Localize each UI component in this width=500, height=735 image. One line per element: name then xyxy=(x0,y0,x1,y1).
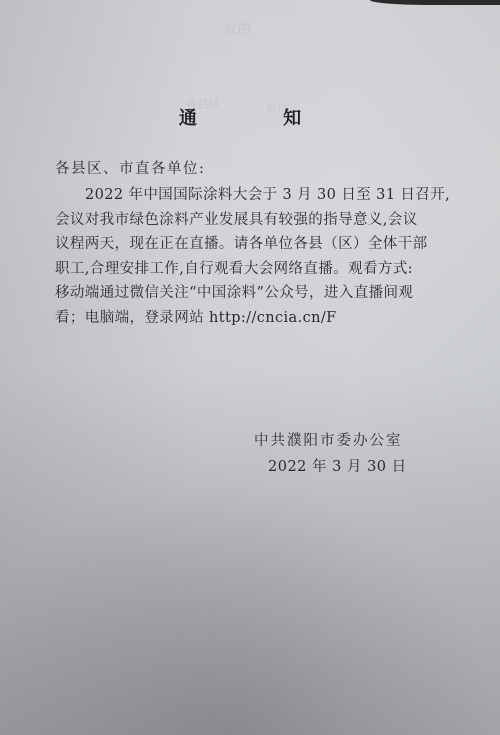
body-line: 看；电脑端，登录网站 http://cncia.cn/F xyxy=(55,306,430,331)
background-edge xyxy=(370,0,500,5)
document-title: 通 知 xyxy=(0,104,500,130)
paper-shadow-overlay xyxy=(0,480,500,735)
salutation: 各县区、市直各单位: xyxy=(55,157,205,178)
body-line: 职工,合理安排工作,自行观看大会网络直播。观看方式: xyxy=(55,257,430,282)
issue-date: 2022 年 3 月 30 日 xyxy=(268,455,407,476)
body-line: 移动端通过微信关注“中国涂料”公众号，进入直播间观 xyxy=(55,281,430,306)
issuing-office: 中共濮阳市委办公室 xyxy=(254,429,403,450)
body-line: 会议对我市绿色涂料产业发展具有较强的指导意义,会议 xyxy=(55,208,430,233)
body-line: 议程两天，现在正在直播。请各单位各县（区）全体干部 xyxy=(55,232,430,257)
notice-body: 2022 年中国国际涂料大会于 3 月 30 日至 31 日召开, 会议对我市绿… xyxy=(55,183,430,330)
bleed-through-text: 议的 xyxy=(225,18,251,37)
body-line: 2022 年中国国际涂料大会于 3 月 30 日至 31 日召开, xyxy=(55,183,430,208)
